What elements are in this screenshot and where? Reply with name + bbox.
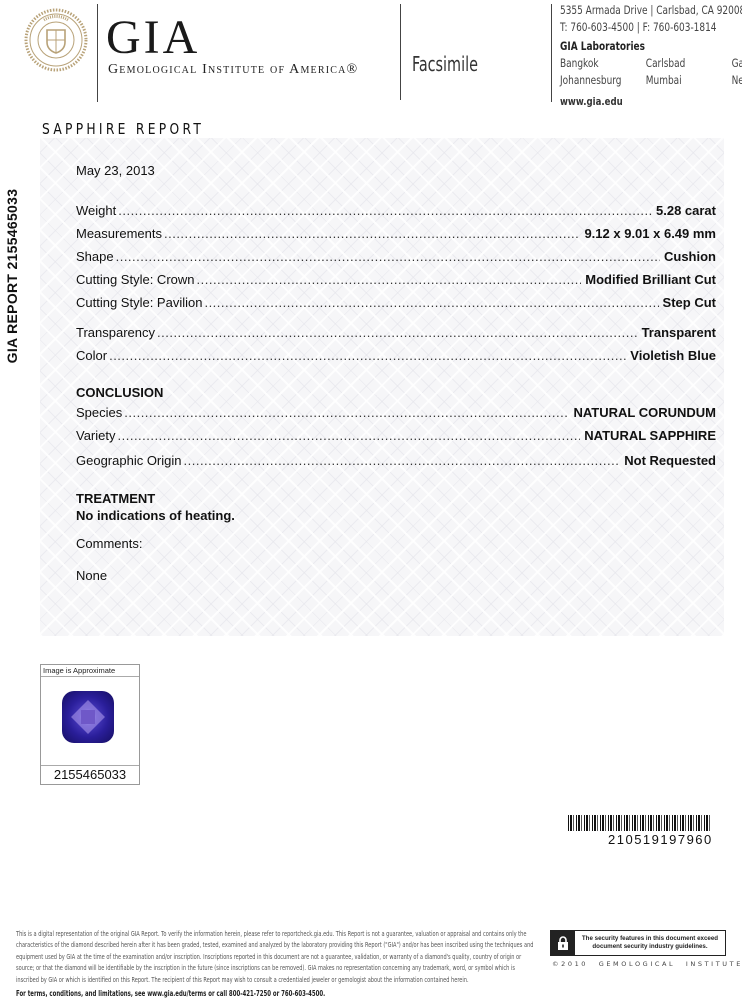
labs-title: GIA Laboratories [560,38,742,55]
report-date: May 23, 2013 [76,163,155,178]
property-row-measurements: Measurements9.12 x 9.01 x 6.49 mm [76,226,716,241]
leader-dots [118,203,652,218]
leader-dots [116,249,660,264]
leader-dots [157,325,638,340]
property-row-crown: Cutting Style: CrownModified Brilliant C… [76,272,716,287]
property-row-weight: Weight5.28 carat [76,203,716,218]
leader-dots [197,272,582,287]
header-divider [551,4,552,102]
conclusion-row-variety: VarietyNATURAL SAPPHIRE [76,428,716,443]
conclusion-heading: CONCLUSION [76,385,163,400]
website-link[interactable]: www.gia.edu [560,93,742,110]
barcode-number: 210519197960 [608,832,713,847]
property-label: Variety [76,428,116,443]
lab-location: Gaborone [732,55,742,72]
property-label: Weight [76,203,116,218]
address-line: 5355 Armada Drive | Carlsbad, CA 92008-4… [560,2,742,19]
leader-dots [184,453,621,468]
lab-location: Johannesburg [560,72,646,89]
comments-value: None [76,568,107,583]
security-notice: The security features in this document e… [550,930,726,956]
property-label: Transparency [76,325,155,340]
leader-dots [109,348,626,363]
property-label: Cutting Style: Crown [76,272,195,287]
property-label: Species [76,405,122,420]
lab-location: Carlsbad [646,55,732,72]
conclusion-row-origin: Geographic OriginNot Requested [76,453,716,468]
gia-seal-icon [24,8,88,72]
side-report-id: GIA REPORT 2155465033 [4,176,20,376]
property-label: Color [76,348,107,363]
property-value: 9.12 x 9.01 x 6.49 mm [584,226,716,241]
barcode [568,815,710,831]
property-label: Shape [76,249,114,264]
property-value: Violetish Blue [630,348,716,363]
property-label: Geographic Origin [76,453,182,468]
report-title: SAPPHIRE REPORT [42,120,204,138]
image-caption: Image is Approximate [41,665,139,677]
image-report-number: 2155465033 [41,765,139,784]
property-row-color: ColorVioletish Blue [76,348,716,363]
leader-dots [204,295,658,310]
property-value: Cushion [664,249,716,264]
lab-location: Mumbai [646,72,732,89]
header-divider [97,4,98,102]
disclaimer-text: This is a digital representation of the … [16,929,536,986]
property-row-transparency: TransparencyTransparent [76,325,716,340]
property-row-pavilion: Cutting Style: PavilionStep Cut [76,295,716,310]
security-text: The security features in this document e… [575,931,725,955]
property-value: NATURAL SAPPHIRE [584,428,716,443]
property-value: Modified Brilliant Cut [585,272,716,287]
property-value: Transparent [642,325,716,340]
property-label: Cutting Style: Pavilion [76,295,202,310]
sapphire-image [62,691,114,743]
terms-text: For terms, conditions, and limitations, … [16,989,325,998]
org-name: Gemological Institute of America® [108,62,358,78]
lab-location: New York [732,72,742,89]
gem-image-box: Image is Approximate 2155465033 [40,664,140,785]
comments-label: Comments: [76,536,142,551]
property-value: 5.28 carat [656,203,716,218]
treatment-heading: TREATMENT [76,491,155,506]
property-row-shape: ShapeCushion [76,249,716,264]
contact-block: 5355 Armada Drive | Carlsbad, CA 92008-4… [560,2,742,110]
leader-dots [124,405,569,420]
lock-icon [551,931,575,955]
property-value: Not Requested [624,453,716,468]
property-label: Measurements [76,226,162,241]
lab-location: Bangkok [560,55,646,72]
leader-dots [118,428,581,443]
conclusion-row-species: SpeciesNATURAL CORUNDUM [76,405,716,420]
treatment-text: No indications of heating. [76,508,235,523]
phone-line: T: 760-603-4500 | F: 760-603-1814 [560,19,742,36]
header-divider [400,4,401,100]
gia-logo-text: GIA [106,14,200,62]
property-value: NATURAL CORUNDUM [573,405,716,420]
document-type: Facsimile [412,52,478,76]
copyright: ©2010 GEMOLOGICAL INSTITUTE OF AMERICA, … [552,960,742,968]
property-value: Step Cut [663,295,716,310]
leader-dots [164,226,580,241]
labs-list: Bangkok Carlsbad Gaborone Johannesburg M… [560,55,742,89]
